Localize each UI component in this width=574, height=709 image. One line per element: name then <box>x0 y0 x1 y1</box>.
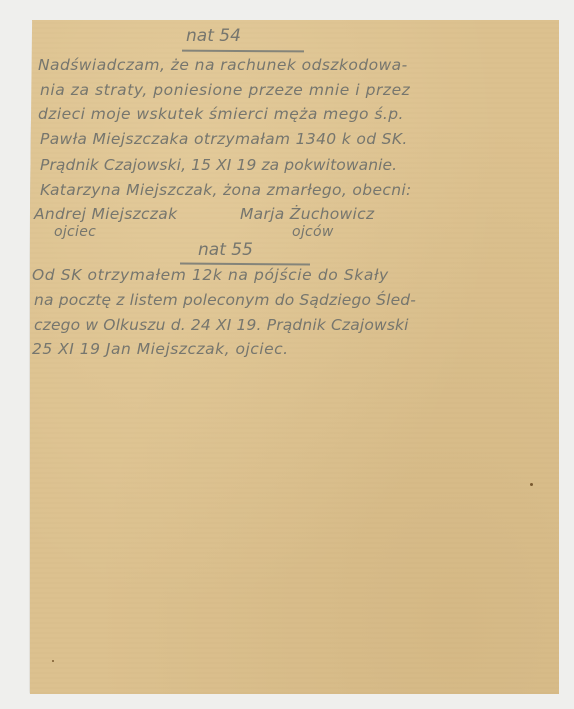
entry-54-line-5: Prądnik Czajowski, 15 XI 19 za pokwitowa… <box>40 158 397 174</box>
paper-speck <box>52 660 54 662</box>
signature-name-2: Marja Żuchowicz <box>240 207 374 223</box>
entry-55-line-3: czego w Olkuszu d. 24 XI 19. Prądnik Cza… <box>34 318 409 334</box>
heading-underline <box>180 263 310 265</box>
entry-54-line-4: Pawła Miejszczaka otrzymałam 1340 k od S… <box>40 132 408 148</box>
entry-heading-55: nat 55 <box>198 240 253 260</box>
entry-54-line-2: nia za straty, poniesione przeze mnie i … <box>40 83 410 99</box>
document-page: nat 54 Nadświadczam, że na rachunek odsz… <box>30 20 559 694</box>
signature-role-1: ojciec <box>54 225 96 239</box>
entry-55-line-4: 25 XI 19 Jan Miejszczak, ojciec. <box>32 342 289 358</box>
entry-54-line-6: Katarzyna Miejszczak, żona zmarłego, obe… <box>40 183 412 199</box>
signature-role-2: ojców <box>292 225 334 239</box>
signature-name-1: Andrej Miejszczak <box>34 207 177 223</box>
entry-54-line-1: Nadświadczam, że na rachunek odszkodowa- <box>38 58 408 74</box>
entry-54-line-3: dzieci moje wskutek śmierci męża mego ś.… <box>38 107 404 123</box>
entry-heading-54: nat 54 <box>186 26 241 46</box>
entry-55-line-1: Od SK otrzymałem 12k na pójście do Skały <box>32 268 389 284</box>
heading-underline <box>182 50 304 52</box>
paper-speck <box>530 483 533 486</box>
entry-55-line-2: na pocztę z listem poleconym do Sądziego… <box>34 293 416 309</box>
